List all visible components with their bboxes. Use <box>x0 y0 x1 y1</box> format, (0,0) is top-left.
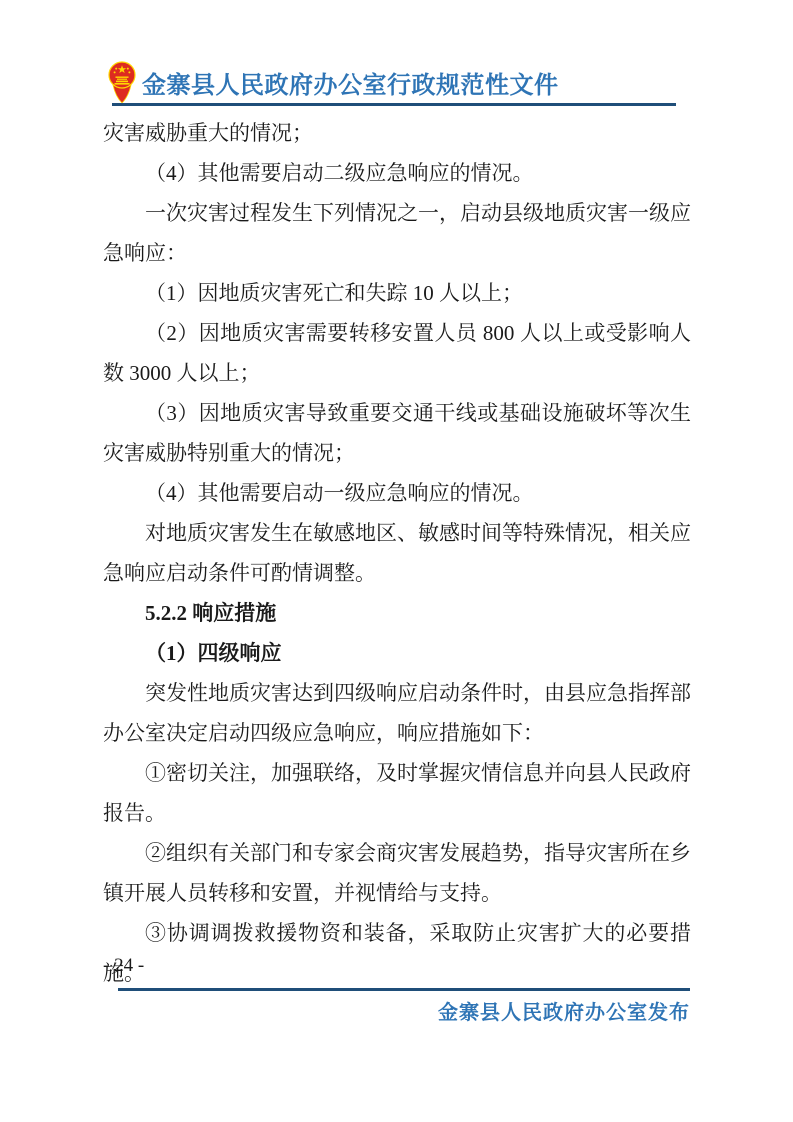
paragraph: （1）因地质灾害死亡和失踪 10 人以上； <box>103 273 691 313</box>
paragraph: ③协调调拨救援物资和装备，采取防止灾害扩大的必要措施。 <box>103 913 691 993</box>
paragraph: ①密切关注，加强联络，及时掌握灾情信息并向县人民政府报告。 <box>103 753 691 833</box>
header-title: 金寨县人民政府办公室行政规范性文件 <box>142 65 559 100</box>
national-emblem-icon <box>108 60 136 104</box>
paragraph: 灾害威胁重大的情况； <box>103 113 691 153</box>
header-rule <box>112 103 676 106</box>
paragraph: （1）四级响应 <box>103 633 691 673</box>
paragraph: 突发性地质灾害达到四级响应启动条件时，由县应急指挥部办公室决定启动四级应急响应，… <box>103 673 691 753</box>
paragraph: 对地质灾害发生在敏感地区、敏感时间等特殊情况，相关应急响应启动条件可酌情调整。 <box>103 513 691 593</box>
footer-rule <box>118 988 690 991</box>
paragraph: （4）其他需要启动一级应急响应的情况。 <box>103 473 691 513</box>
paragraph: 一次灾害过程发生下列情况之一，启动县级地质灾害一级应急响应： <box>103 193 691 273</box>
footer-publisher: 金寨县人民政府办公室发布 <box>438 996 690 1025</box>
document-page: 金寨县人民政府办公室行政规范性文件 灾害威胁重大的情况；（4）其他需要启动二级应… <box>0 0 793 1122</box>
paragraph: （2）因地质灾害需要转移安置人员 800 人以上或受影响人数 3000 人以上； <box>103 313 691 393</box>
paragraph: （3）因地质灾害导致重要交通干线或基础设施破坏等次生灾害威胁特别重大的情况； <box>103 393 691 473</box>
document-body: 灾害威胁重大的情况；（4）其他需要启动二级应急响应的情况。一次灾害过程发生下列情… <box>103 113 691 993</box>
paragraph: （4）其他需要启动二级应急响应的情况。 <box>103 153 691 193</box>
document-header: 金寨县人民政府办公室行政规范性文件 <box>108 60 559 104</box>
paragraph: ②组织有关部门和专家会商灾害发展趋势，指导灾害所在乡镇开展人员转移和安置，并视情… <box>103 833 691 913</box>
page-number: - 24 - <box>103 955 144 977</box>
paragraph: 5.2.2 响应措施 <box>103 593 691 633</box>
